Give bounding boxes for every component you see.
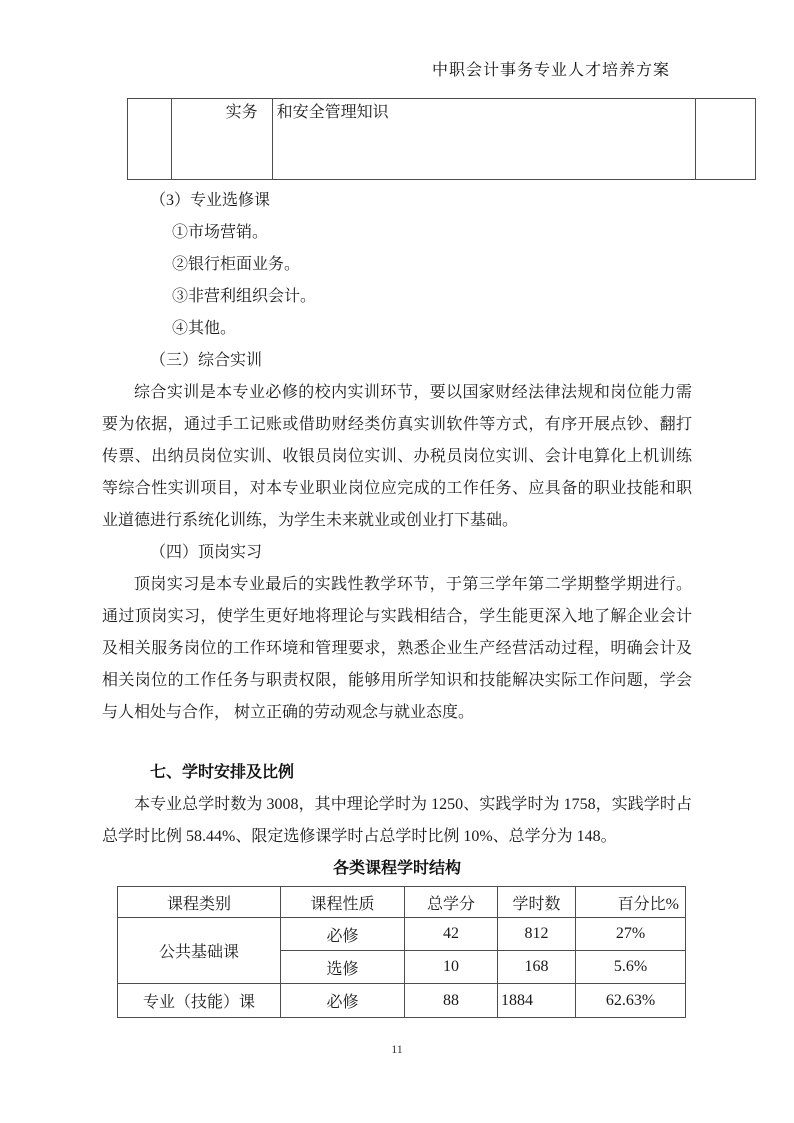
header-hours-count: 学时数 — [498, 887, 576, 918]
cell-percent: 5.6% — [576, 951, 686, 984]
cell-credits: 10 — [405, 951, 498, 984]
content-block-hours: 七、学时安排及比例 本专业总学时数为 3008，其中理论学时为 1250、实践学… — [102, 757, 692, 853]
continuation-cell-course-name: 实务 — [172, 99, 273, 179]
continuation-cell-empty-left — [128, 99, 172, 179]
header-course-nature: 课程性质 — [281, 887, 405, 918]
cell-credits: 42 — [405, 918, 498, 951]
cell-category-public-basic: 公共基础课 — [118, 918, 281, 984]
hours-table-title: 各类课程学时结构 — [102, 853, 692, 885]
cell-nature: 必修 — [281, 984, 405, 1018]
page-number: 11 — [0, 1042, 794, 1057]
section-heading-internship: （四）顶岗实习 — [102, 537, 692, 569]
elective-list-item: ④其他。 — [102, 313, 692, 345]
continuation-table: 实务 和安全管理知识 — [127, 98, 756, 180]
cell-hours: 168 — [498, 951, 576, 984]
hours-arrangement-paragraph: 本专业总学时数为 3008，其中理论学时为 1250、实践学时为 1758，实践… — [102, 789, 692, 853]
continuation-cell-description: 和安全管理知识 — [273, 99, 697, 179]
hours-structure-table: 课程类别 课程性质 总学分 学时数 百分比% 公共基础课 必修 42 812 2… — [117, 886, 686, 1018]
cell-credits: 88 — [405, 984, 498, 1018]
section-heading-comprehensive-training: （三）综合实训 — [102, 345, 692, 377]
header-percentage: 百分比% — [576, 887, 686, 918]
hours-arrangement-heading: 七、学时安排及比例 — [102, 757, 692, 789]
continuation-cell-empty-right — [696, 99, 755, 179]
elective-list-item: ②银行柜面业务。 — [102, 249, 692, 281]
hours-table-header-row: 课程类别 课程性质 总学分 学时数 百分比% — [118, 887, 686, 918]
elective-course-heading: （3）专业选修课 — [102, 185, 692, 217]
cell-category-professional-skill: 专业（技能）课 — [118, 984, 281, 1018]
header-total-credits: 总学分 — [405, 887, 498, 918]
content-block-upper: （3）专业选修课 ①市场营销。 ②银行柜面业务。 ③非营利组织会计。 ④其他。 … — [102, 185, 692, 729]
cell-hours: 812 — [498, 918, 576, 951]
header-course-category: 课程类别 — [118, 887, 281, 918]
cell-percent: 27% — [576, 918, 686, 951]
elective-list-item: ③非营利组织会计。 — [102, 281, 692, 313]
cell-percent: 62.63% — [576, 984, 686, 1018]
cell-nature: 必修 — [281, 918, 405, 951]
cell-nature: 选修 — [281, 951, 405, 984]
elective-list-item: ①市场营销。 — [102, 217, 692, 249]
comprehensive-training-paragraph: 综合实训是本专业必修的校内实训环节，要以国家财经法律法规和岗位能力需要为依据，通… — [102, 377, 692, 537]
table-row: 专业（技能）课 必修 88 1884 62.63% — [118, 984, 686, 1018]
cell-hours: 1884 — [498, 984, 576, 1018]
running-header: 中职会计事务专业人才培养方案 — [432, 57, 670, 80]
document-page: 中职会计事务专业人才培养方案 实务 和安全管理知识 （3）专业选修课 ①市场营销… — [0, 0, 794, 1123]
table-row: 公共基础课 必修 42 812 27% — [118, 918, 686, 951]
internship-paragraph: 顶岗实习是本专业最后的实践性教学环节，于第三学年第二学期整学期进行。通过顶岗实习… — [102, 569, 692, 729]
